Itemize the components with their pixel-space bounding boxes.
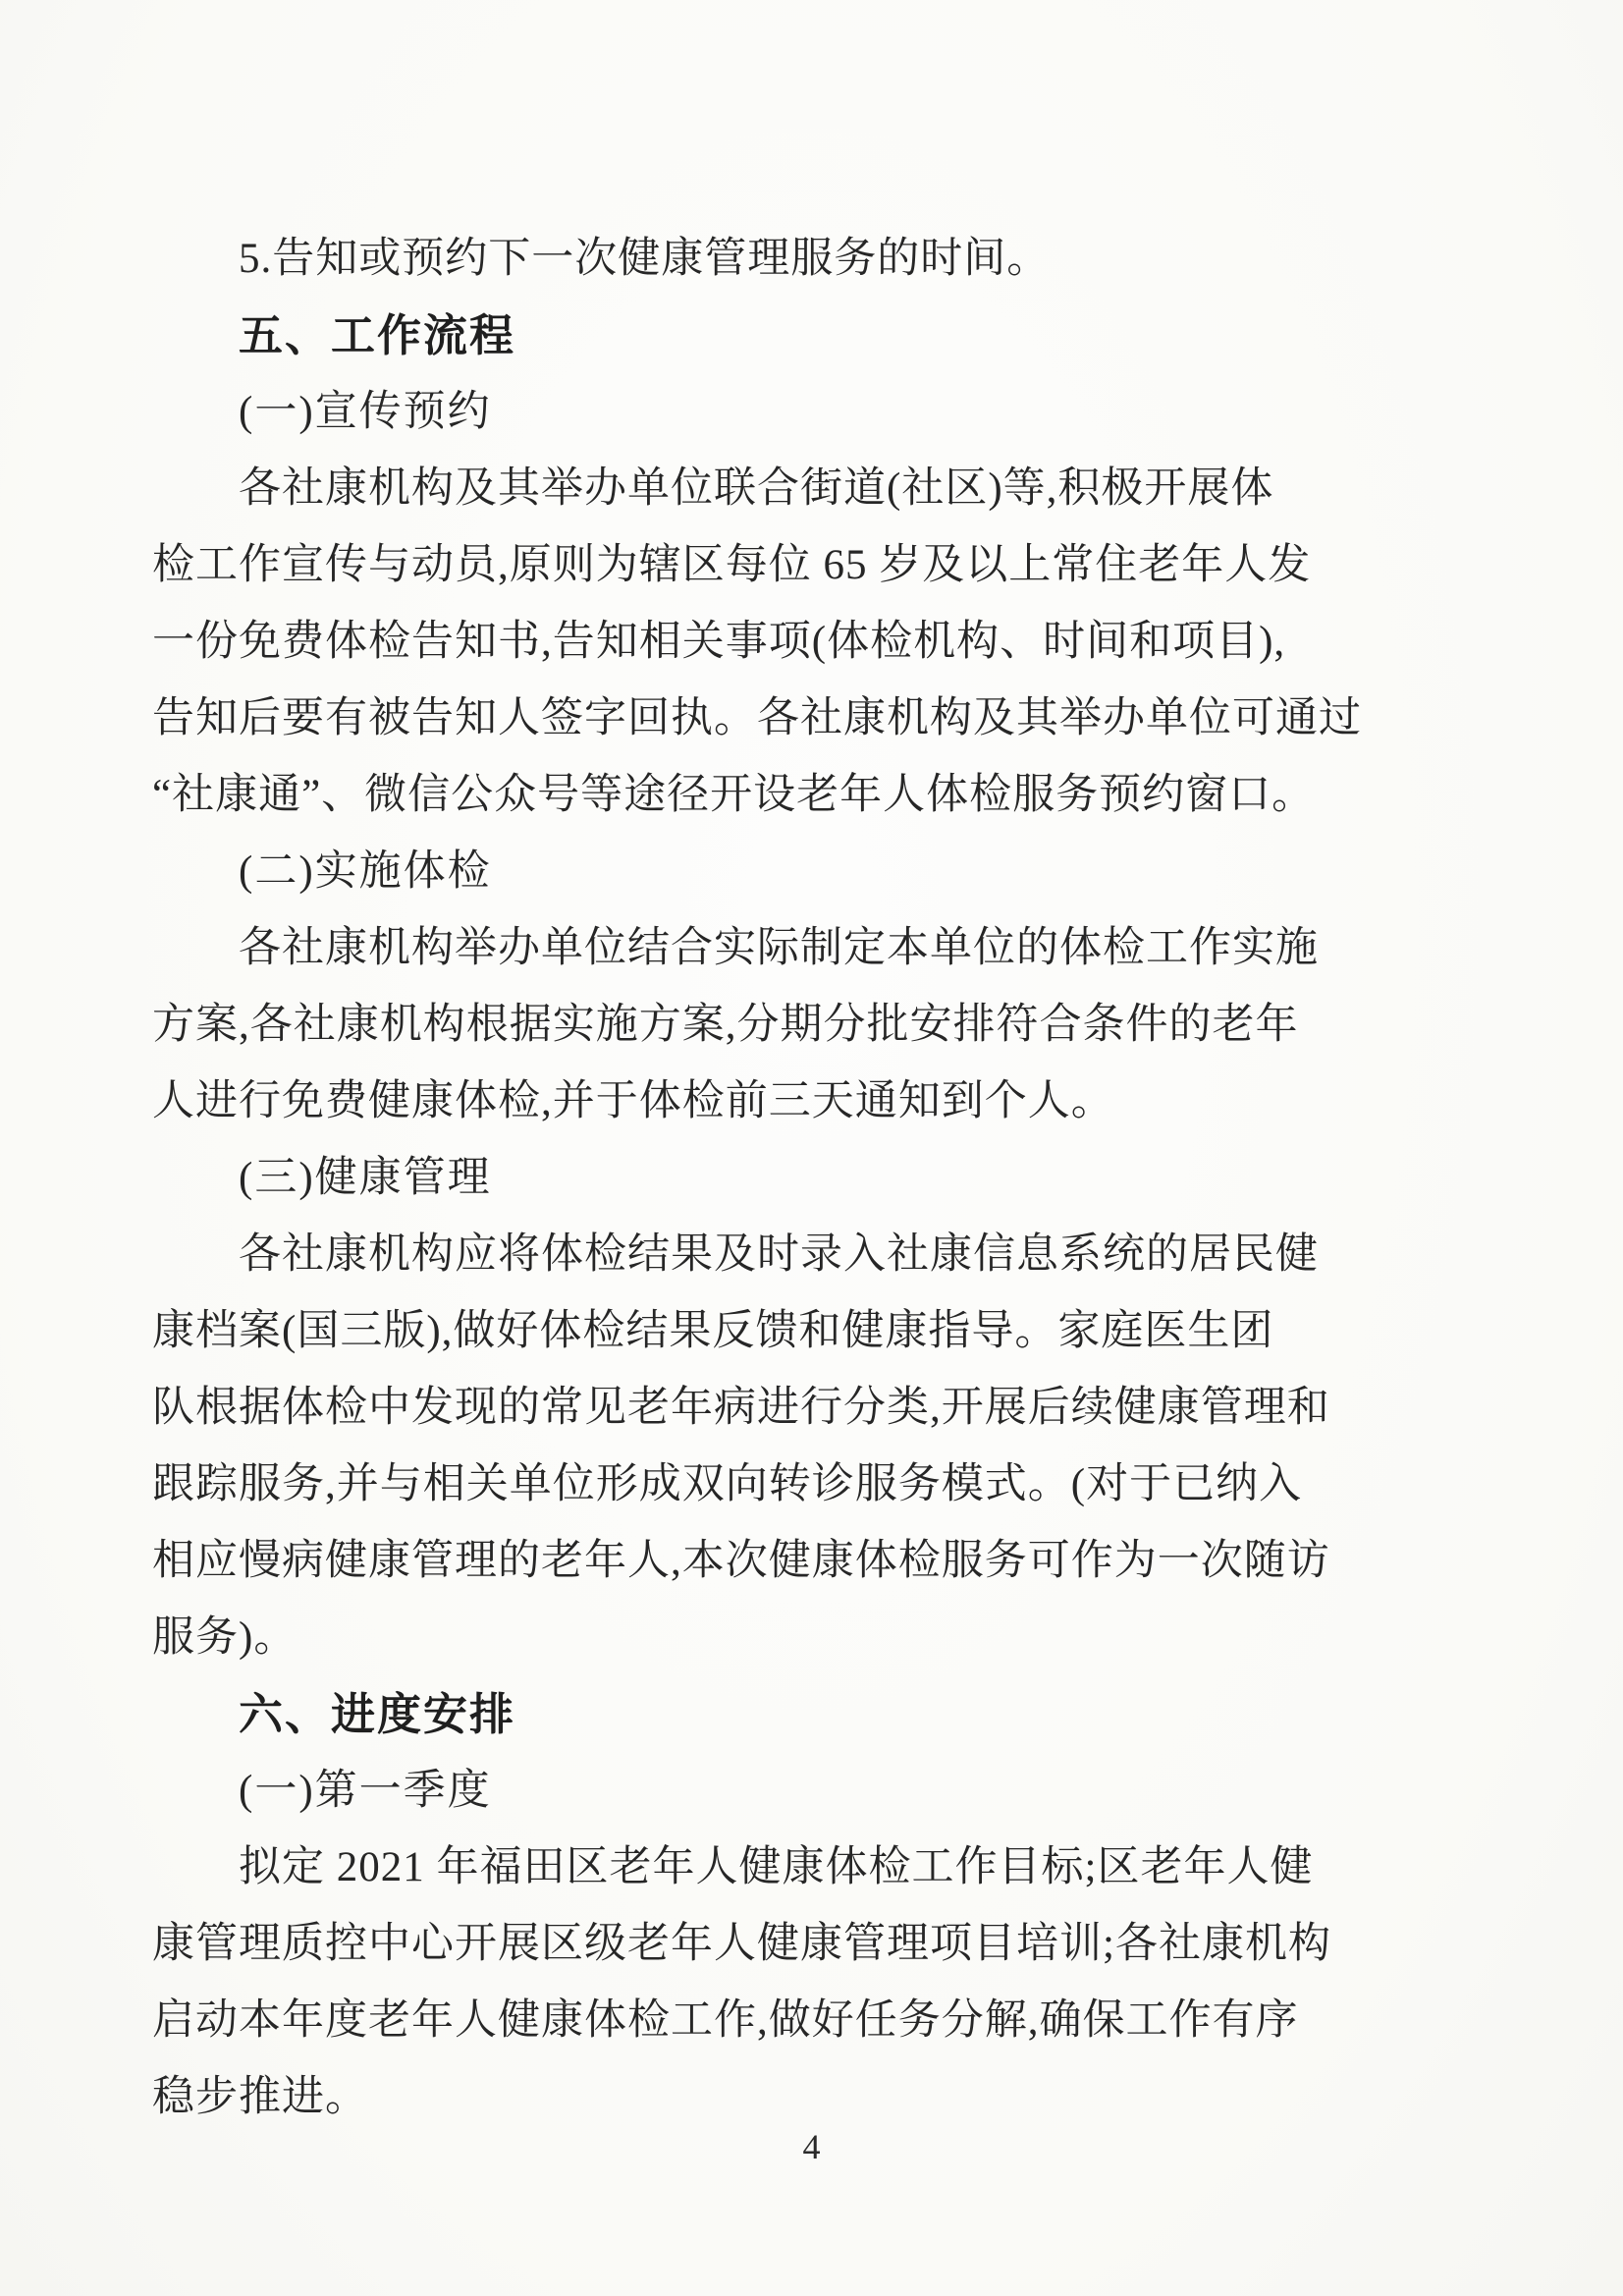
text-line: 队根据体检中发现的常见老年病进行分类,开展后续健康管理和 — [152, 1365, 1478, 1442]
subsection-heading: (二)实施体检 — [152, 829, 1478, 905]
text-line: 方案,各社康机构根据实施方案,分期分批安排符合条件的老年 — [152, 982, 1478, 1059]
text-line: 各社康机构举办单位结合实际制定本单位的体检工作实施 — [152, 905, 1478, 982]
text-line: 一份免费体检告知书,告知相关事项(体检机构、时间和项目), — [152, 599, 1478, 676]
text-line: 康档案(国三版),做好体检结果反馈和健康指导。家庭医生团 — [152, 1288, 1478, 1365]
text-line: 服务)。 — [152, 1595, 1478, 1671]
text-line: 拟定 2021 年福田区老年人健康体检工作目标;区老年人健 — [152, 1825, 1478, 1901]
subsection-heading: (一)第一季度 — [152, 1748, 1478, 1825]
text-line: 告知后要有被告知人签字回执。各社康机构及其举办单位可通过 — [152, 676, 1478, 752]
subsection-heading: (三)健康管理 — [152, 1135, 1478, 1212]
text-line: 检工作宣传与动员,原则为辖区每位 65 岁及以上常住老年人发 — [152, 522, 1478, 599]
text-line: 各社康机构应将体检结果及时录入社康信息系统的居民健 — [152, 1212, 1478, 1288]
text-line: 人进行免费健康体检,并于体检前三天通知到个人。 — [152, 1059, 1478, 1135]
text-line: 稳步推进。 — [152, 2054, 1478, 2131]
section-heading: 五、工作流程 — [152, 293, 1478, 369]
document-page: 5.告知或预约下一次健康管理服务的时间。五、工作流程(一)宣传预约各社康机构及其… — [0, 0, 1623, 2296]
text-line: 各社康机构及其举办单位联合街道(社区)等,积极开展体 — [152, 446, 1478, 522]
subsection-heading: (一)宣传预约 — [152, 369, 1478, 446]
page-number: 4 — [803, 2127, 821, 2166]
section-heading: 六、进度安排 — [152, 1671, 1478, 1748]
text-line: 5.告知或预约下一次健康管理服务的时间。 — [152, 216, 1478, 293]
text-line: 康管理质控中心开展区级老年人健康管理项目培训;各社康机构 — [152, 1901, 1478, 1978]
text-line: 跟踪服务,并与相关单位形成双向转诊服务模式。(对于已纳入 — [152, 1442, 1478, 1518]
text-line: 相应慢病健康管理的老年人,本次健康体检服务可作为一次随访 — [152, 1518, 1478, 1595]
text-line: “社康通”、微信公众号等途径开设老年人体检服务预约窗口。 — [152, 752, 1478, 829]
page-footer: 4 — [0, 2126, 1623, 2167]
text-line: 启动本年度老年人健康体检工作,做好任务分解,确保工作有序 — [152, 1978, 1478, 2054]
document-body: 5.告知或预约下一次健康管理服务的时间。五、工作流程(一)宣传预约各社康机构及其… — [152, 216, 1478, 2131]
